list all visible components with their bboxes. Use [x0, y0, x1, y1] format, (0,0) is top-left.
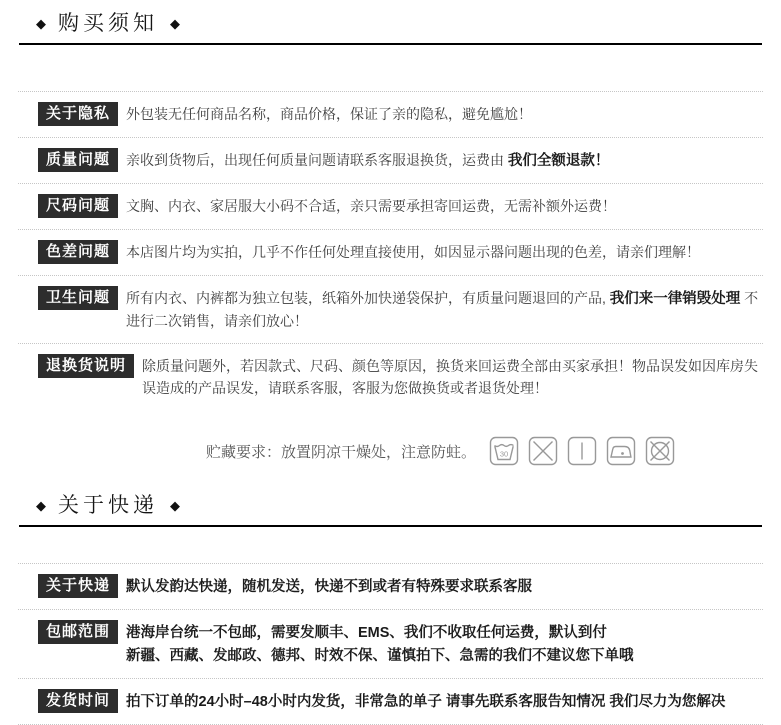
- row-text-segment: 我们来一律销毁处理: [610, 291, 741, 307]
- diamond-icon: ◆: [170, 498, 180, 513]
- row-text-segment: 默认发韵达快递，随机发送，快递不到或者有特殊要求联系客服: [126, 579, 532, 595]
- note-row: 发货时间拍下订单的24小时–48小时内发货，非常急的单子 请事先联系客服告知情况…: [18, 678, 763, 725]
- diamond-icon: ◆: [36, 16, 46, 31]
- shipping-title: 关于快递: [58, 494, 158, 517]
- row-text-segment: 除质量问题外，若因款式、尺码、颜色等原因，换货来回运费全部由买家承担！物品误发如…: [142, 358, 758, 396]
- row-text: 默认发韵达快递，随机发送，快递不到或者有特殊要求联系客服: [126, 574, 759, 598]
- row-text-segment: 外包装无任何商品名称，商品价格，保证了亲的隐私，避免尴尬！: [126, 106, 532, 122]
- note-row: 尺码问题文胸、内衣、家居服大小码不合适，亲只需要承担寄回运费，无需补额外运费！: [18, 183, 763, 229]
- row-text: 亲收到货物后，出现任何质量问题请联系客服退换货，运费由 我们全额退款！: [126, 148, 759, 172]
- note-row: 关于隐私外包装无任何商品名称，商品价格，保证了亲的隐私，避免尴尬！: [18, 91, 763, 137]
- row-text: 本店图片均为实拍，几乎不作任何处理直接使用，如因显示器问题出现的色差，请亲们理解…: [126, 240, 759, 263]
- note-row: 退换货说明除质量问题外，若因款式、尺码、颜色等原因，换货来回运费全部由买家承担！…: [18, 343, 763, 410]
- row-label: 关于隐私: [38, 102, 118, 126]
- note-row: 色差问题本店图片均为实拍，几乎不作任何处理直接使用，如因显示器问题出现的色差，请…: [18, 229, 763, 275]
- purchase-notes-heading: ◆购买须知◆: [0, 0, 781, 38]
- purchase-notes-title: 购买须知: [58, 12, 158, 35]
- storage-note: 贮藏要求：放置阴凉干燥处，注意防蛀。: [206, 441, 476, 462]
- row-text-segment: 新疆、西藏、发邮政、德邦、时效不保、谨慎拍下、急需的我们不建议您下单哦: [126, 648, 634, 664]
- row-text-segment: 本店图片均为实拍，几乎不作任何处理直接使用，如因显示器问题出现的色差，请亲们理解…: [126, 244, 700, 260]
- diamond-icon: ◆: [170, 16, 180, 31]
- row-text-segment: 我们全额退款！: [508, 153, 610, 169]
- row-text-segment: 所有内衣、内裤都为独立包装，纸箱外加快递袋保护，有质量问题退回的产品,: [126, 290, 610, 306]
- care-icons: 30: [480, 436, 675, 466]
- do-not-tumble-dry-icon: [528, 436, 558, 466]
- row-text: 港海岸台统一不包邮，需要发顺丰、EMS、我们不收取任何运费，默认到付新疆、西藏、…: [126, 620, 759, 667]
- note-row: 包邮范围港海岸台统一不包邮，需要发顺丰、EMS、我们不收取任何运费，默认到付新疆…: [18, 609, 763, 678]
- row-label: 关于快递: [38, 574, 118, 598]
- row-label: 尺码问题: [38, 194, 118, 218]
- heading-rule: [19, 43, 762, 45]
- row-text: 除质量问题外，若因款式、尺码、颜色等原因，换货来回运费全部由买家承担！物品误发如…: [142, 354, 759, 399]
- row-text: 文胸、内衣、家居服大小码不合适，亲只需要承担寄回运费，无需补额外运费！: [126, 194, 759, 217]
- drip-dry-icon: [567, 436, 597, 466]
- page: ◆购买须知◆ 关于隐私外包装无任何商品名称，商品价格，保证了亲的隐私，避免尴尬！…: [0, 0, 781, 725]
- section-purchase-notes: ◆购买须知◆ 关于隐私外包装无任何商品名称，商品价格，保证了亲的隐私，避免尴尬！…: [0, 0, 781, 466]
- row-label: 色差问题: [38, 240, 118, 264]
- do-not-dry-clean-icon: [645, 436, 675, 466]
- wash-30-icon: 30: [489, 436, 519, 466]
- iron-low-heat-icon: [606, 436, 636, 466]
- storage-row: 贮藏要求：放置阴凉干燥处，注意防蛀。 30: [0, 436, 675, 466]
- row-label: 发货时间: [38, 689, 118, 713]
- row-text-segment: 文胸、内衣、家居服大小码不合适，亲只需要承担寄回运费，无需补额外运费！: [126, 198, 616, 214]
- note-row: 卫生问题所有内衣、内裤都为独立包装，纸箱外加快递袋保护，有质量问题退回的产品, …: [18, 275, 763, 343]
- row-text-segment: 港海岸台统一不包邮，需要发顺丰、EMS、我们不收取任何运费，默认到付: [126, 625, 607, 641]
- section-shipping: ◆关于快递◆ 关于快递默认发韵达快递，随机发送，快递不到或者有特殊要求联系客服包…: [0, 492, 781, 725]
- row-text-segment: 拍下订单的24小时–48小时内发货，非常急的单子 请事先联系客服告知情况 我们尽…: [126, 694, 725, 710]
- purchase-notes-rows: 关于隐私外包装无任何商品名称，商品价格，保证了亲的隐私，避免尴尬！质量问题亲收到…: [18, 91, 763, 410]
- row-label: 质量问题: [38, 148, 118, 172]
- svg-text:30: 30: [500, 450, 508, 459]
- row-label: 卫生问题: [38, 286, 118, 310]
- shipping-rows: 关于快递默认发韵达快递，随机发送，快递不到或者有特殊要求联系客服包邮范围港海岸台…: [18, 563, 763, 725]
- note-row: 关于快递默认发韵达快递，随机发送，快递不到或者有特殊要求联系客服: [18, 563, 763, 609]
- row-text: 所有内衣、内裤都为独立包装，纸箱外加快递袋保护，有质量问题退回的产品, 我们来一…: [126, 286, 759, 332]
- shipping-heading: ◆关于快递◆: [0, 492, 781, 520]
- row-label: 包邮范围: [38, 620, 118, 644]
- row-label: 退换货说明: [38, 354, 134, 378]
- diamond-icon: ◆: [36, 498, 46, 513]
- row-text-segment: 亲收到货物后，出现任何质量问题请联系客服退换货，运费由: [126, 152, 508, 168]
- row-text: 拍下订单的24小时–48小时内发货，非常急的单子 请事先联系客服告知情况 我们尽…: [126, 689, 759, 713]
- row-text: 外包装无任何商品名称，商品价格，保证了亲的隐私，避免尴尬！: [126, 102, 759, 125]
- note-row: 质量问题亲收到货物后，出现任何质量问题请联系客服退换货，运费由 我们全额退款！: [18, 137, 763, 183]
- heading-rule: [19, 525, 762, 527]
